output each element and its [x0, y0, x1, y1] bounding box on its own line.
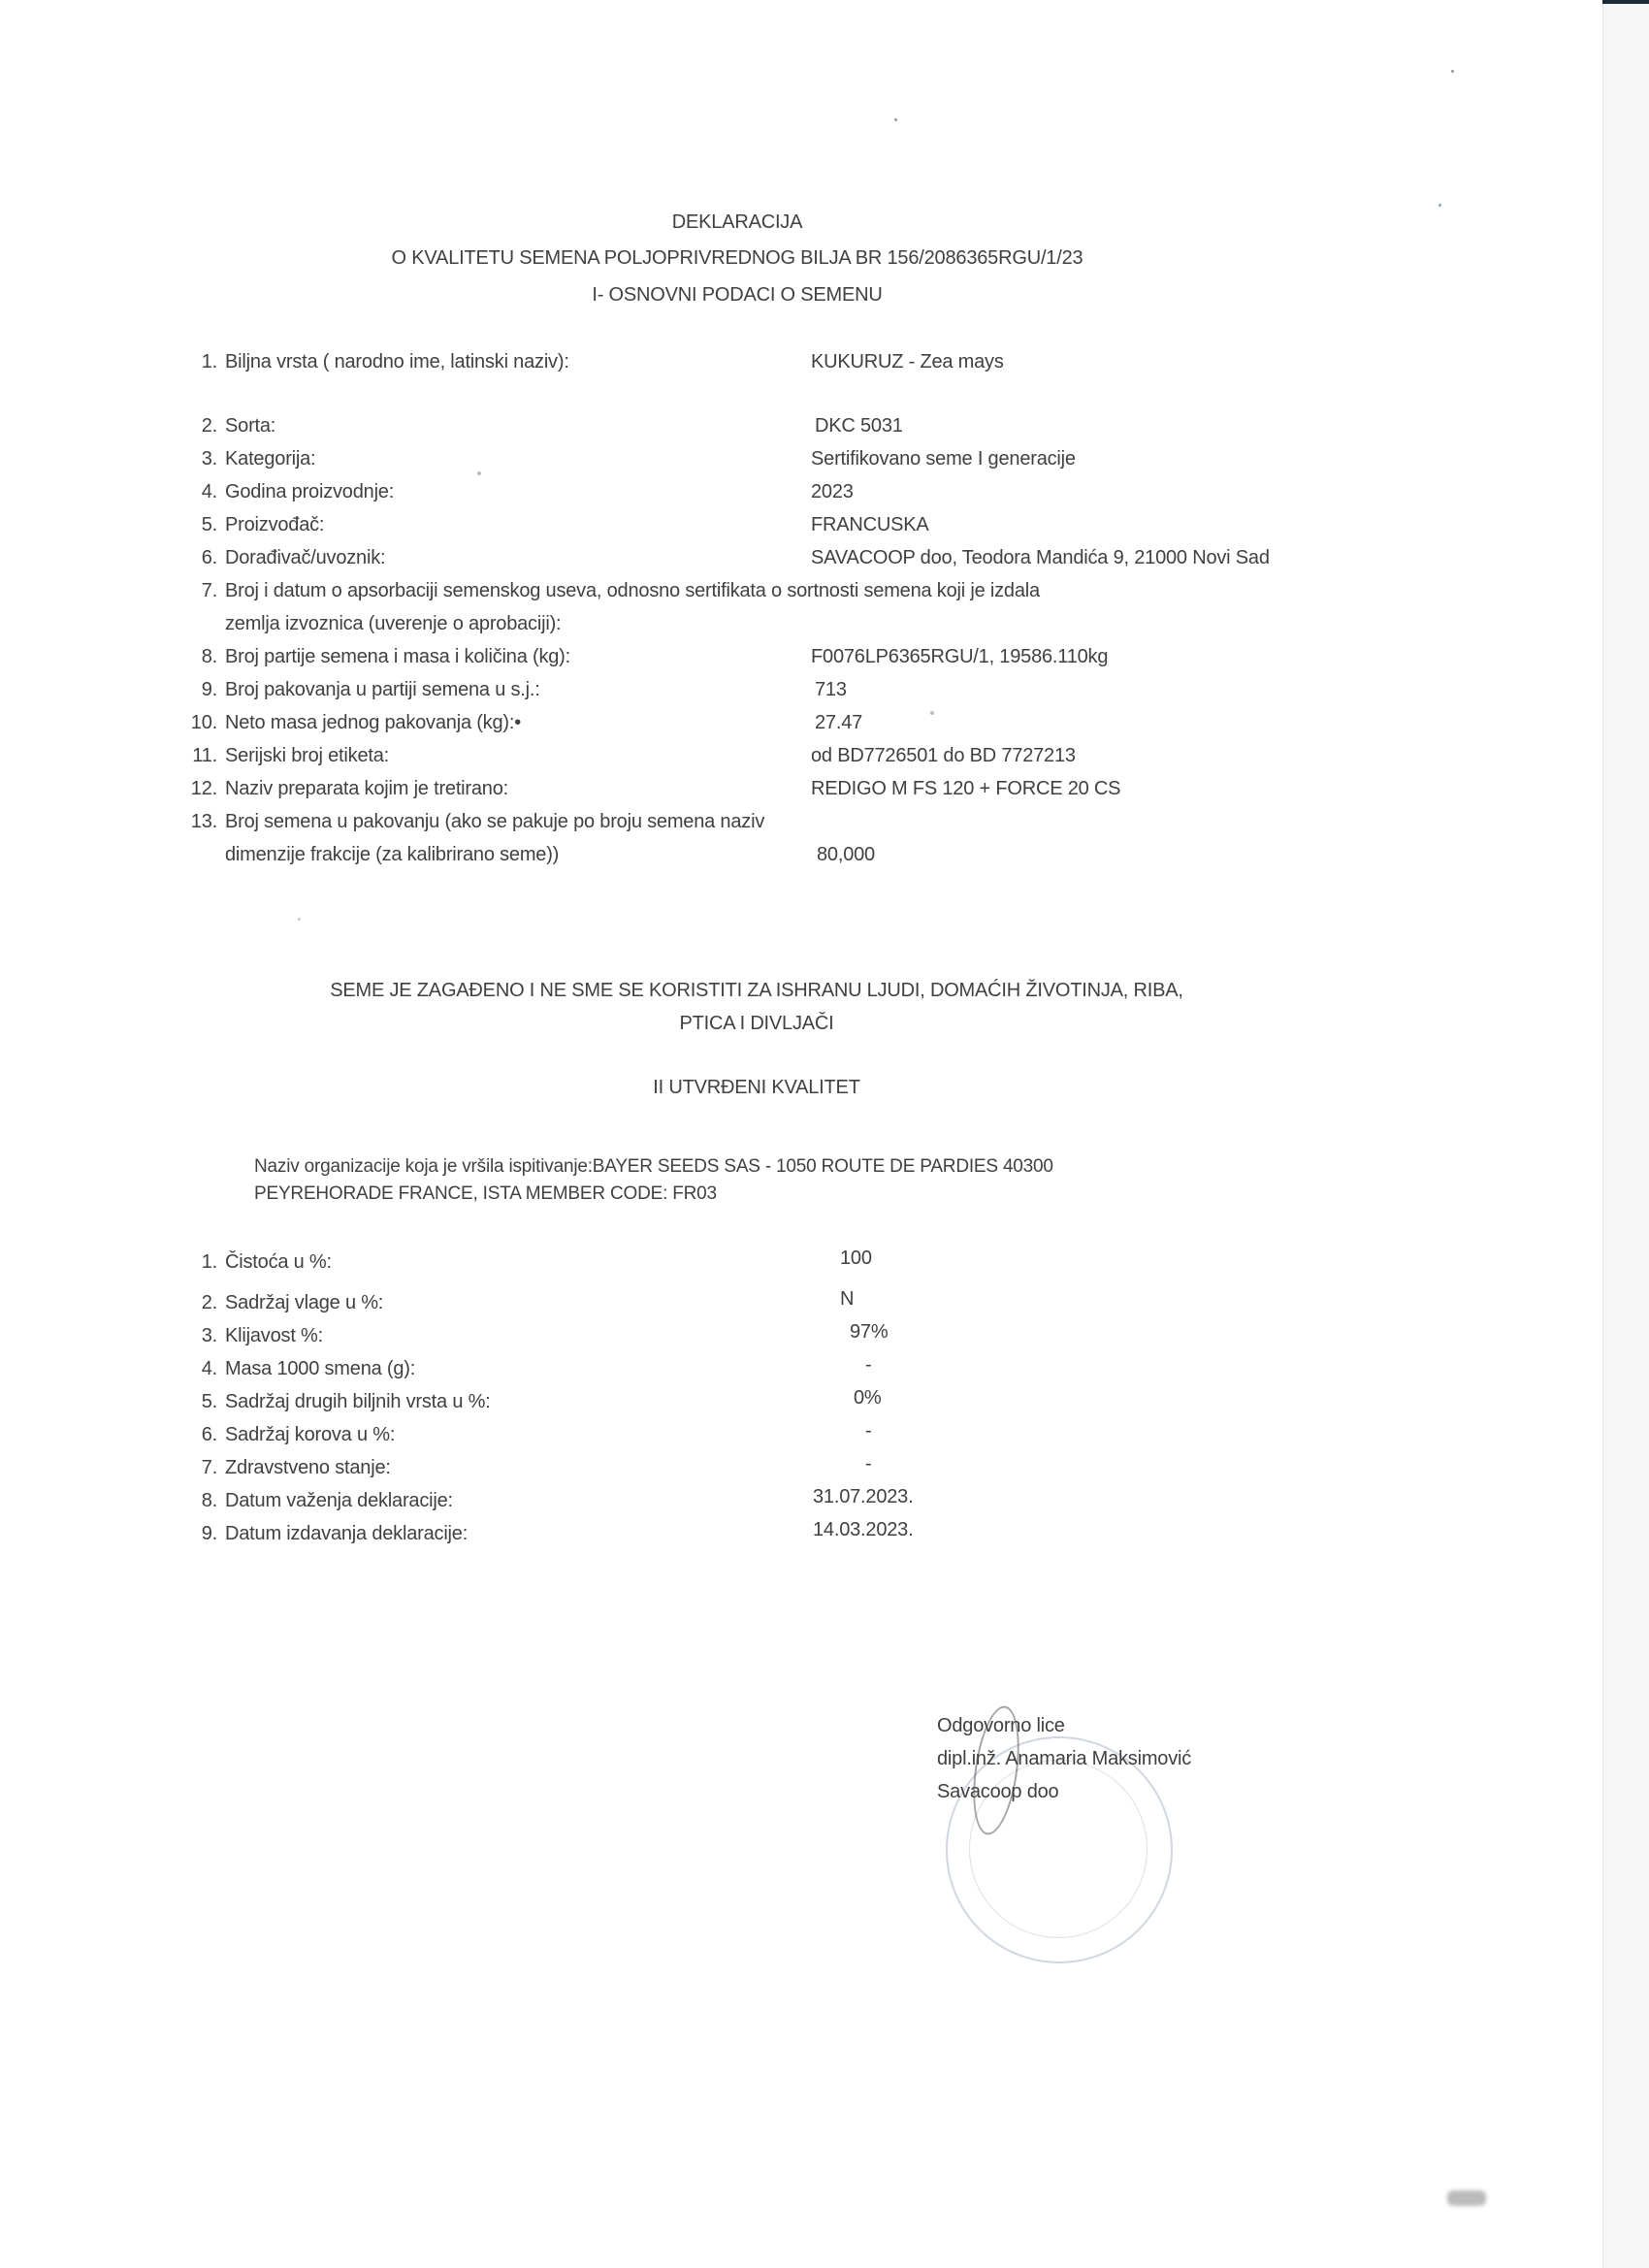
item-value: SAVACOOP doo, Teodora Mandića 9, 21000 N…	[811, 547, 1270, 569]
item-number: 7.	[182, 1457, 217, 1479]
scan-speck	[1439, 204, 1441, 207]
item-label: Dorađivač/uvoznik:	[225, 547, 385, 569]
document-title: DEKLARACIJA	[0, 211, 1474, 234]
scan-smudge	[1447, 2190, 1486, 2206]
item-number: 9.	[182, 1523, 217, 1545]
item-number: 2.	[182, 415, 217, 437]
warning-line2: PTICA I DIVLJAČI	[19, 1013, 1494, 1035]
item-value: 27.47	[815, 712, 862, 734]
item-number: 7.	[182, 580, 217, 602]
item-label: Sadržaj vlage u %:	[225, 1292, 383, 1314]
item-label: Zdravstveno stanje:	[225, 1457, 391, 1479]
item-number: 13.	[182, 811, 217, 833]
scan-speck	[930, 711, 934, 715]
item-value: -	[865, 1354, 871, 1377]
item-value: od BD7726501 do BD 7727213	[811, 745, 1076, 767]
item-label: Godina proizvodnje:	[225, 481, 394, 503]
item-label: Kategorija:	[225, 448, 315, 470]
item-value: FRANCUSKA	[811, 514, 929, 536]
item-number: 8.	[182, 646, 217, 668]
item-value: 100	[840, 1247, 872, 1270]
section1-title: I- OSNOVNI PODACI O SEMENU	[0, 284, 1474, 307]
signatory-name: dipl.inž. Anamaria Maksimović	[937, 1748, 1191, 1770]
item-value: 80,000	[817, 844, 875, 866]
item-value: KUKURUZ - Zea mays	[811, 351, 1004, 373]
item-label: Datum izdavanja deklaracije:	[225, 1523, 468, 1545]
item-value: 0%	[854, 1387, 882, 1409]
item-value: 713	[815, 679, 847, 701]
item-label: Sadržaj korova u %:	[225, 1424, 395, 1446]
item-value: Sertifikovano seme I generacije	[811, 448, 1076, 470]
scan-speck	[1451, 70, 1454, 73]
scan-edge-right	[1602, 4, 1649, 2268]
testing-organization-line2: PEYREHORADE FRANCE, ISTA MEMBER CODE: FR…	[254, 1183, 717, 1205]
item-number: 4.	[182, 1358, 217, 1380]
document-subtitle: O KVALITETU SEMENA POLJOPRIVREDNOG BILJA…	[0, 247, 1474, 270]
item-value: 97%	[850, 1321, 888, 1344]
item-label: Sorta:	[225, 415, 275, 437]
scan-speck	[477, 471, 481, 475]
item-number: 10.	[182, 712, 217, 734]
item-number: 12.	[182, 778, 217, 800]
item-number: 6.	[182, 1424, 217, 1446]
item-number: 5.	[182, 514, 217, 536]
item-number: 3.	[182, 1325, 217, 1347]
item-label: Neto masa jednog pakovanja (kg):•	[225, 712, 521, 734]
item-label: Serijski broj etiketa:	[225, 745, 389, 767]
item-label: Naziv preparata kojim je tretirano:	[225, 778, 508, 800]
item-number: 3.	[182, 448, 217, 470]
item-label: Masa 1000 smena (g):	[225, 1358, 415, 1380]
item-value: 2023	[811, 481, 854, 503]
item-label: Klijavost %:	[225, 1325, 323, 1347]
testing-organization-line1: Naziv organizacije koja je vršila ispiti…	[254, 1156, 1053, 1178]
item-label: Broj pakovanja u partiji semena u s.j.:	[225, 679, 540, 701]
item-number: 1.	[182, 351, 217, 373]
item-value: REDIGO M FS 120 + FORCE 20 CS	[811, 778, 1120, 800]
item-label: Datum važenja deklaracije:	[225, 1490, 453, 1512]
item-value: -	[865, 1420, 871, 1442]
item-number: 5.	[182, 1391, 217, 1413]
item-number: 2.	[182, 1292, 217, 1314]
section2-title: II UTVRĐENI KVALITET	[19, 1077, 1494, 1099]
item-label-continued: dimenzije frakcije (za kalibrirano seme)…	[225, 844, 559, 866]
item-value: 31.07.2023.	[813, 1486, 913, 1508]
item-label-continued: zemlja izvoznica (uverenje o aprobaciji)…	[225, 613, 561, 635]
signatory-company: Savacoop doo	[937, 1781, 1058, 1803]
item-number: 6.	[182, 547, 217, 569]
item-number: 11.	[182, 745, 217, 767]
item-number: 4.	[182, 481, 217, 503]
item-value: N	[840, 1288, 854, 1311]
item-number: 9.	[182, 679, 217, 701]
scan-speck	[298, 918, 301, 921]
scan-speck	[894, 118, 897, 121]
item-label: Biljna vrsta ( narodno ime, latinski naz…	[225, 351, 569, 373]
item-value: 14.03.2023.	[813, 1519, 913, 1541]
warning-line1: SEME JE ZAGAĐENO I NE SME SE KORISTITI Z…	[19, 980, 1494, 1002]
item-number: 8.	[182, 1490, 217, 1512]
item-value: DKC 5031	[815, 415, 903, 437]
item-value: F0076LP6365RGU/1, 19586.110kg	[811, 646, 1108, 668]
item-label: Sadržaj drugih biljnih vrsta u %:	[225, 1391, 491, 1413]
item-label: Broj partije semena i masa i količina (k…	[225, 646, 570, 668]
signatory-role: Odgovorno lice	[937, 1715, 1065, 1737]
item-label: Broj i datum o apsorbaciji semenskog use…	[225, 580, 1040, 602]
item-label: Proizvođač:	[225, 514, 324, 536]
item-number: 1.	[182, 1251, 217, 1274]
item-label: Čistoća u %:	[225, 1251, 332, 1274]
item-label: Broj semena u pakovanju (ako se pakuje p…	[225, 811, 764, 833]
item-value: -	[865, 1453, 871, 1475]
